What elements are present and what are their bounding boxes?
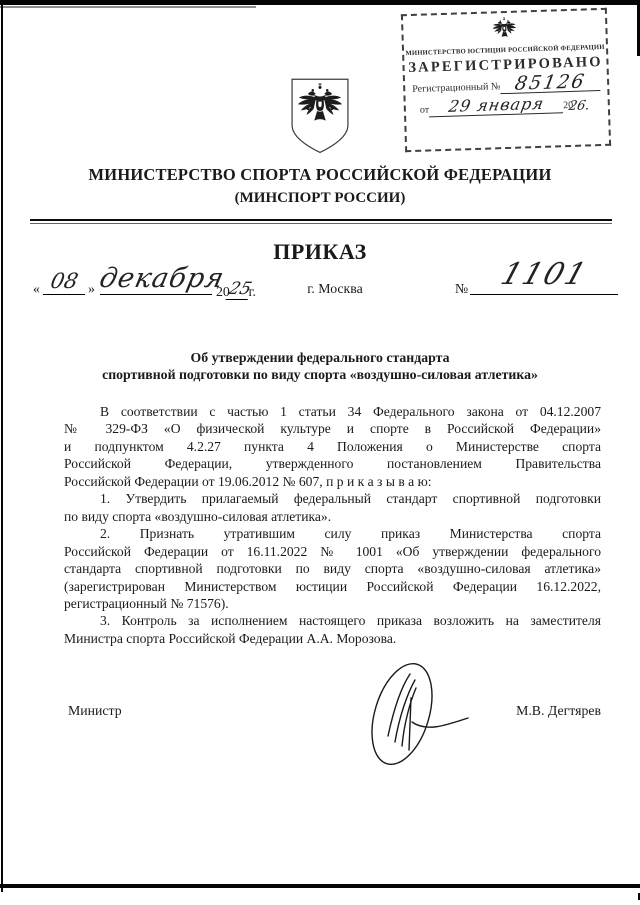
- body-line: Российской Федерации, утвержденного пост…: [64, 455, 601, 472]
- order-number-label: №: [455, 281, 468, 297]
- order-number-blank: 1101: [470, 258, 618, 295]
- order-subject: Об утверждении федерального стандарта сп…: [0, 349, 640, 383]
- body-line: (зарегистрирован Министерством юстиции Р…: [64, 578, 601, 595]
- signer-position-label: Министр: [68, 703, 122, 719]
- stamp-reg-number-value: 85126: [514, 74, 587, 90]
- date-month-blank: декабря: [100, 261, 212, 295]
- scan-border-bottom: [0, 884, 640, 888]
- body-line: Российской Федерации от 16.11.2022 № 100…: [64, 543, 601, 560]
- scan-border-left: [1, 0, 3, 892]
- signer-name: М.В. Дегтярев: [516, 703, 601, 719]
- order-subject-line2: спортивной подготовки по виду спорта «во…: [0, 366, 640, 383]
- order-number-handwritten: 1101: [496, 258, 591, 292]
- body-line: 1. Утвердить прилагаемый федеральный ста…: [64, 490, 601, 507]
- justice-eagle-icon: [491, 17, 518, 42]
- russia-coat-of-arms-icon: [286, 77, 354, 157]
- date-month-handwritten: декабря: [96, 261, 228, 297]
- body-line: № 329-ФЗ «О физической культуре и спорте…: [64, 420, 601, 437]
- scan-border-top-shadow: [0, 6, 256, 8]
- stamp-reg-number-blank: 85126: [500, 72, 600, 94]
- ministry-short-name: (МИНСПОРТ РОССИИ): [0, 190, 640, 207]
- date-day-handwritten: 08: [47, 266, 80, 296]
- city-label: г. Москва: [285, 281, 385, 297]
- body-line: 3. Контроль за исполнением настоящего пр…: [64, 612, 601, 629]
- header-divider: [30, 219, 612, 224]
- stamp-year-handwritten: 26.: [568, 98, 591, 114]
- body-line: и подпунктом 4.2.27 пункта 4 Положения о…: [64, 438, 601, 455]
- document-page: МИНИСТЕРСТВО ЮСТИЦИИ РОССИЙСКОЙ ФЕДЕРАЦИ…: [0, 0, 640, 905]
- order-body: В соответствии с частью 1 статьи 34 Феде…: [64, 403, 601, 647]
- stamp-date-value: 29 января: [447, 98, 544, 113]
- ministry-name: МИНИСТЕРСТВО СПОРТА РОССИЙСКОЙ ФЕДЕРАЦИИ: [0, 165, 640, 185]
- body-line: 2. Признать утратившим силу приказ Минис…: [64, 525, 601, 542]
- date-quote-open: «: [33, 281, 40, 297]
- body-line: Российской Федерации от 19.06.2012 № 607…: [64, 473, 601, 490]
- body-line: стандарта спортивной подготовки по виду …: [64, 560, 601, 577]
- date-year-group: 2025г.: [216, 281, 256, 302]
- order-subject-line1: Об утверждении федерального стандарта: [0, 349, 640, 366]
- date-day-blank: 08: [43, 266, 85, 295]
- body-line: регистрационный № 71576).: [64, 595, 601, 612]
- handwritten-signature-icon: [350, 656, 485, 774]
- justice-registration-stamp: МИНИСТЕРСТВО ЮСТИЦИИ РОССИЙСКОЙ ФЕДЕРАЦИ…: [401, 8, 611, 152]
- body-line: В соответствии с частью 1 статьи 34 Феде…: [64, 403, 601, 420]
- date-quote-close: »: [88, 281, 95, 297]
- body-line: Министра спорта Российской Федерации А.А…: [64, 630, 601, 647]
- body-line: по виду спорта «воздушно-силовая атлетик…: [64, 508, 601, 525]
- stamp-date-blank: 29 января: [429, 94, 564, 117]
- scan-border-top: [0, 0, 640, 5]
- stamp-date-prefix: от: [420, 104, 430, 117]
- stamp-date-line: от 29 января 20 26.: [406, 93, 608, 118]
